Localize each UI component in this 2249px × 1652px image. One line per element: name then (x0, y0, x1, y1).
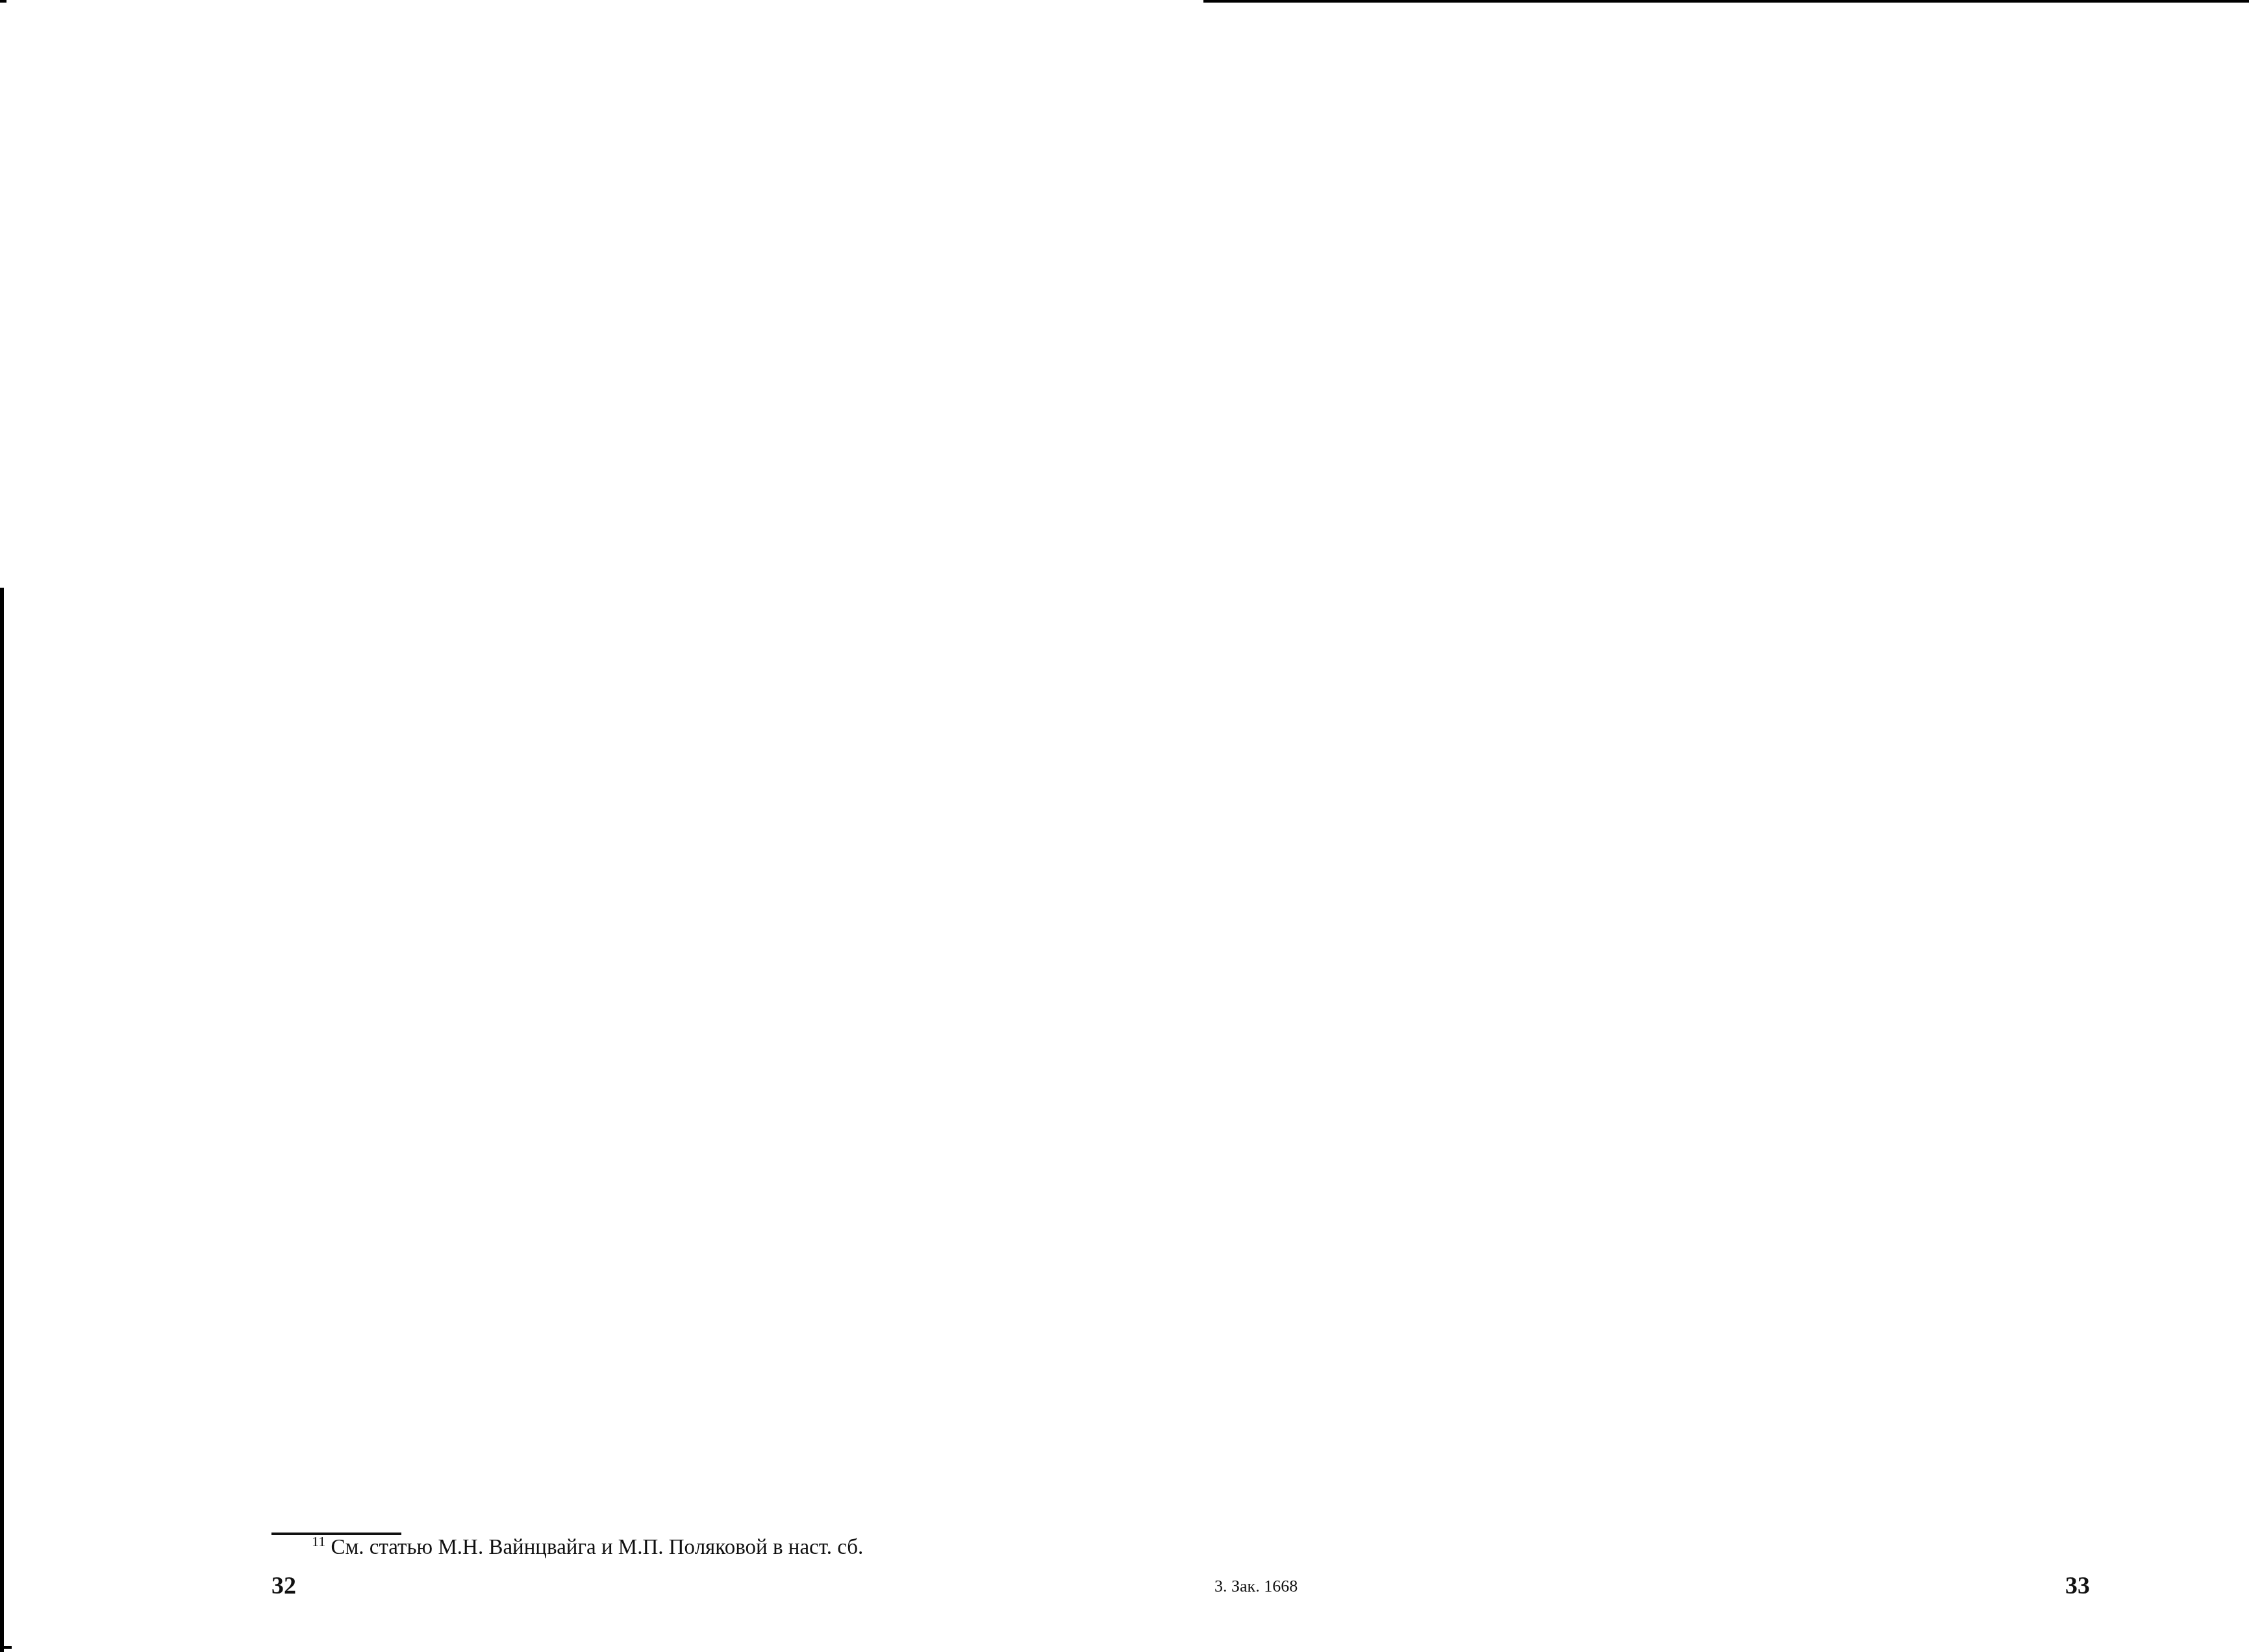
page-number-right: 33 (2065, 1571, 2090, 1600)
scan-top-edge-bar (1203, 0, 2249, 3)
footnote-number: 11 (312, 1533, 325, 1549)
scan-bottom-mark (0, 1646, 12, 1649)
scan-corner-mark (0, 0, 6, 3)
printing-order-mark: 3. Зак. 1668 (1214, 1577, 1298, 1596)
scan-left-edge-bar (0, 588, 4, 1652)
footnote: 11 См. статью М.Н. Вайнцвайга и М.П. Пол… (312, 1536, 863, 1560)
footnote-text: См. статью М.Н. Вайнцвайга и М.П. Поляко… (331, 1536, 863, 1559)
page-number-left: 32 (271, 1571, 296, 1600)
footnote-rule (271, 1533, 401, 1535)
